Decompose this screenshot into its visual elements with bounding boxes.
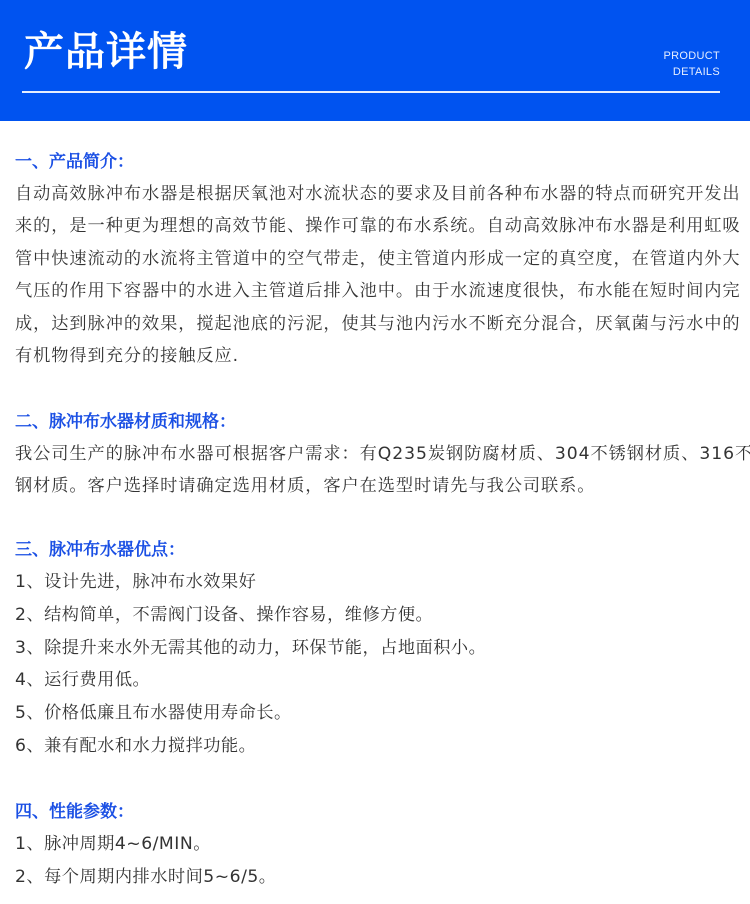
- paragraph-line: 有机物得到充分的接触反应.: [15, 340, 750, 372]
- list-item: 1、脉冲周期4~6/MIN。: [15, 828, 750, 861]
- section-heading: 二、脉冲布水器材质和规格：: [15, 406, 750, 438]
- section-heading: 一、产品简介：: [15, 146, 750, 178]
- paragraph-line: 气压的作用下容器中的水进入主管道后排入池中。由于水流速度很快，布水能在短时间内完: [15, 275, 750, 307]
- paragraph-line: 来的，是一种更为理想的高效节能、操作可靠的布水系统。自动高效脉冲布水器是利用虹吸: [15, 210, 750, 242]
- paragraph-line: 我公司生产的脉冲布水器可根据客户需求：有Q235炭钢防腐材质、304不锈钢材质、…: [15, 438, 750, 470]
- list-item: 2、每个周期内排水时间5~6/5。: [15, 861, 750, 894]
- paragraph-line: 自动高效脉冲布水器是根据厌氧池对水流状态的要求及目前各种布水器的特点而研究开发出: [15, 178, 750, 210]
- page-subtitle: PRODUCT DETAILS: [664, 48, 721, 80]
- section-product-intro: 一、产品简介： 自动高效脉冲布水器是根据厌氧池对水流状态的要求及目前各种布水器的…: [15, 146, 750, 372]
- page-header-banner: 产品详情 PRODUCT DETAILS: [0, 0, 750, 121]
- paragraph-line: 成，达到脉冲的效果，搅起池底的污泥，使其与池内污水不断充分混合，厌氧菌与污水中的: [15, 308, 750, 340]
- list-item: 2、结构简单，不需阀门设备、操作容易，维修方便。: [15, 599, 750, 632]
- list-item: 5、价格低廉且布水器使用寿命长。: [15, 697, 750, 730]
- section-performance-params: 四、性能参数： 1、脉冲周期4~6/MIN。 2、每个周期内排水时间5~6/5。: [15, 796, 750, 894]
- header-divider: [22, 91, 720, 93]
- page-subtitle-line-2: DETAILS: [664, 64, 721, 80]
- page-subtitle-line-1: PRODUCT: [664, 48, 721, 64]
- section-advantages: 三、脉冲布水器优点： 1、设计先进，脉冲布水效果好 2、结构简单，不需阀门设备、…: [15, 534, 750, 763]
- list-item: 1、设计先进，脉冲布水效果好: [15, 566, 750, 599]
- paragraph-line: 钢材质。客户选择时请确定选用材质，客户在选型时请先与我公司联系。: [15, 470, 750, 502]
- list-item: 3、除提升来水外无需其他的动力，环保节能，占地面积小。: [15, 632, 750, 665]
- section-material-spec: 二、脉冲布水器材质和规格： 我公司生产的脉冲布水器可根据客户需求：有Q235炭钢…: [15, 406, 750, 503]
- paragraph-line: 管中快速流动的水流将主管道中的空气带走，使主管道内形成一定的真空度，在管道内外大: [15, 243, 750, 275]
- page-title: 产品详情: [24, 26, 188, 78]
- section-heading: 三、脉冲布水器优点：: [15, 534, 750, 566]
- section-heading: 四、性能参数：: [15, 796, 750, 828]
- list-item: 6、兼有配水和水力搅拌功能。: [15, 730, 750, 763]
- list-item: 4、运行费用低。: [15, 664, 750, 697]
